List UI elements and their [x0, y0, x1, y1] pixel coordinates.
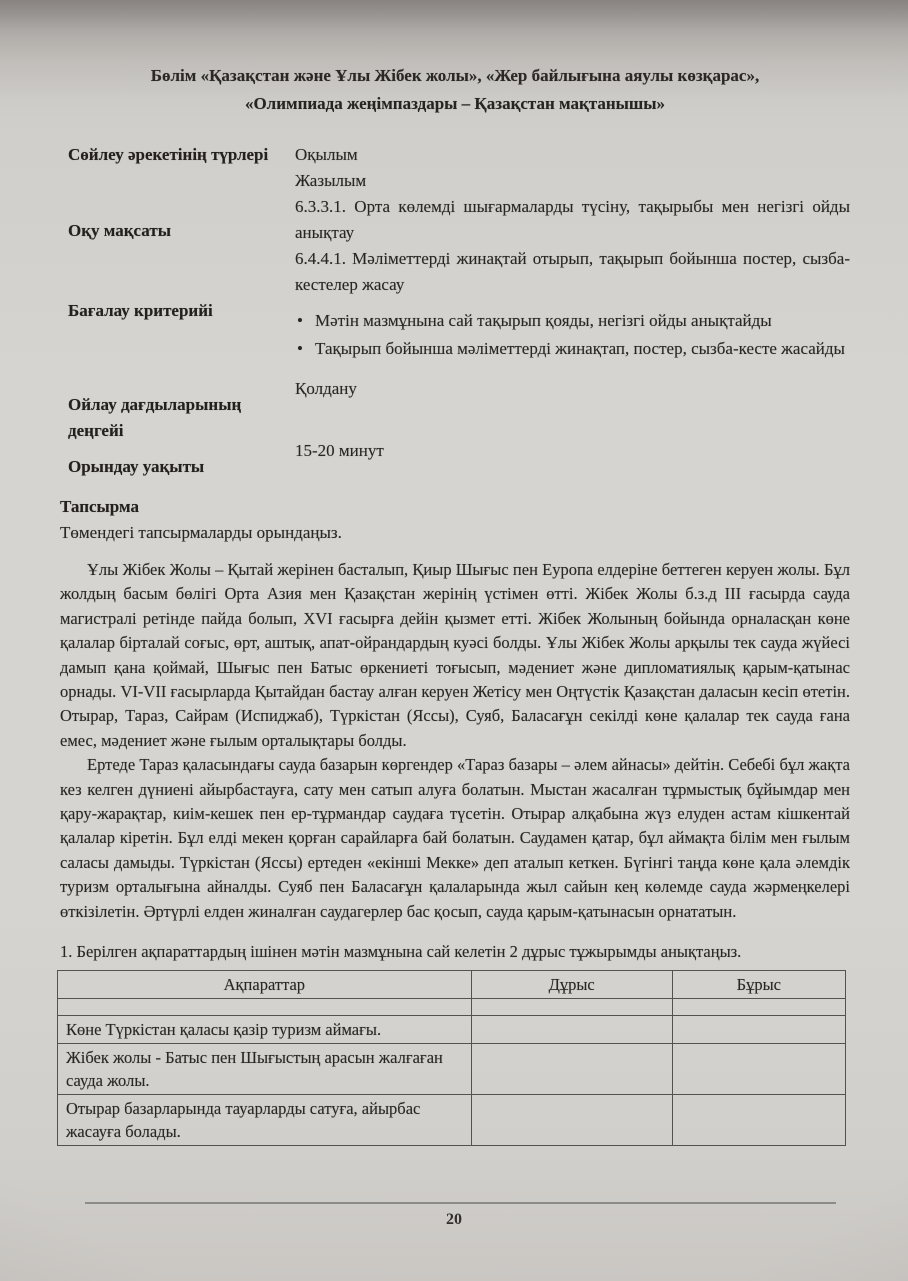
durys-cell — [471, 1016, 672, 1044]
section-title: Бөлім «Қазақстан және Ұлы Жібек жолы», «… — [60, 62, 850, 118]
criteria-item: Тақырып бойынша мәліметтерді жинақтап, п… — [295, 336, 850, 362]
question1-text: 1. Берілген ақпараттардың ішінен мәтін м… — [60, 939, 850, 964]
footer-rule — [85, 1202, 836, 1204]
table-row: Отырар базарларында тауарларды сатуға, а… — [58, 1095, 846, 1146]
header-akparattar: Ақпараттар — [58, 971, 472, 999]
burys-cell — [672, 1044, 845, 1095]
task-heading: Тапсырма — [60, 494, 850, 520]
speech-activity-value: Жазылым — [295, 168, 850, 194]
speech-activity-label: Сөйлеу әрекетінің түрлері — [68, 142, 286, 168]
learning-goal-label: Оқу мақсаты — [68, 218, 286, 244]
duration-value: 15-20 минут — [295, 438, 850, 464]
reading-text: Ұлы Жібек Жолы – Қытай жерінен басталып,… — [60, 558, 850, 924]
durys-cell — [471, 999, 672, 1016]
table-row: Жібек жолы - Батыс пен Шығыстың арасын ж… — [58, 1044, 846, 1095]
statement-cell: Көне Түркістан қаласы қазір туризм аймағ… — [58, 1016, 472, 1044]
speech-activity-value: Оқылым — [295, 142, 850, 168]
table-header-row: Ақпараттар Дұрыс Бұрыс — [58, 971, 846, 999]
question1-table: Ақпараттар Дұрыс Бұрыс Көне Түркістан қа… — [57, 970, 846, 1146]
table-row: Көне Түркістан қаласы қазір туризм аймағ… — [58, 1016, 846, 1044]
durys-cell — [471, 1095, 672, 1146]
page-content: Бөлім «Қазақстан және Ұлы Жібек жолы», «… — [60, 62, 850, 1146]
task-instruction: Төмендегі тапсырмаларды орындаңыз. — [60, 520, 850, 546]
assessment-meta-block: Сөйлеу әрекетінің түрлері Оқу мақсаты Ба… — [68, 142, 850, 494]
statement-cell: Жібек жолы - Батыс пен Шығыстың арасын ж… — [58, 1044, 472, 1095]
thinking-skills-value: Қолдану — [295, 376, 850, 402]
burys-cell — [672, 1095, 845, 1146]
page-number: 20 — [0, 1211, 908, 1229]
learning-goal-value: 6.4.4.1. Мәліметтерді жинақтай отырып, т… — [295, 246, 850, 298]
assessment-meta-values: Оқылым Жазылым 6.3.3.1. Орта көлемді шығ… — [295, 142, 850, 464]
burys-cell — [672, 1016, 845, 1044]
photographed-document-page: Бөлім «Қазақстан және Ұлы Жібек жолы», «… — [0, 0, 908, 1281]
section-title-line1: Бөлім «Қазақстан және Ұлы Жібек жолы», «… — [60, 62, 850, 90]
statement-cell: Отырар базарларында тауарларды сатуға, а… — [58, 1095, 472, 1146]
reading-paragraph: Ертеде Тараз қаласындағы сауда базарын к… — [60, 753, 850, 924]
criteria-item: Мәтін мазмұнына сай тақырып қояды, негіз… — [295, 308, 850, 334]
durys-cell — [471, 1044, 672, 1095]
assessment-criteria-label: Бағалау критерийі — [68, 298, 286, 324]
section-title-line2: «Олимпиада жеңімпаздары – Қазақстан мақт… — [60, 90, 850, 118]
statement-cell — [58, 999, 472, 1016]
header-durys: Дұрыс — [471, 971, 672, 999]
burys-cell — [672, 999, 845, 1016]
assessment-criteria-list: Мәтін мазмұнына сай тақырып қояды, негіз… — [295, 308, 850, 362]
learning-goal-value: 6.3.3.1. Орта көлемді шығармаларды түсін… — [295, 194, 850, 246]
header-burys: Бұрыс — [672, 971, 845, 999]
reading-paragraph: Ұлы Жібек Жолы – Қытай жерінен басталып,… — [60, 558, 850, 753]
table-row — [58, 999, 846, 1016]
duration-label: Орындау уақыты — [68, 454, 286, 480]
thinking-skills-label: Ойлау дағдыларының деңгейі — [68, 392, 286, 444]
